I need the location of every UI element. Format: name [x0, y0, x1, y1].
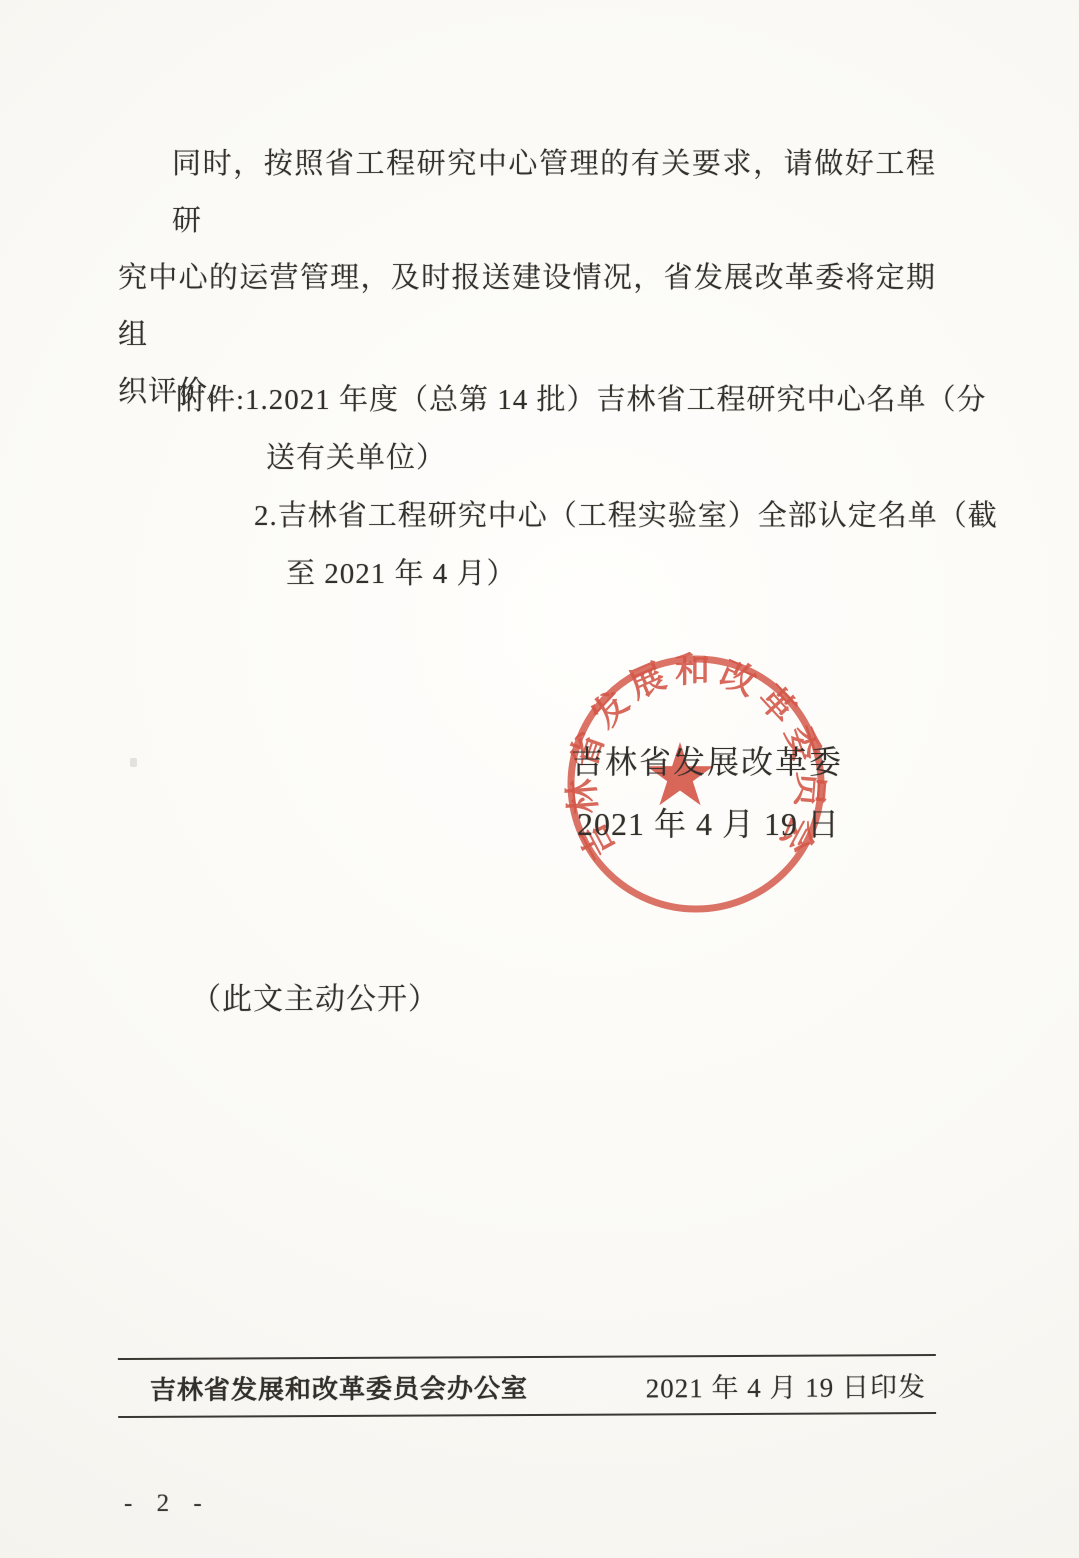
body-paragraph: 同时，按照省工程研究中心管理的有关要求，请做好工程研 究中心的运营管理，及时报送…	[118, 136, 936, 421]
body-line: 同时，按照省工程研究中心管理的有关要求，请做好工程研	[118, 136, 936, 250]
public-disclosure-note: （此文主动公开）	[191, 974, 439, 1018]
document-page: 同时，按照省工程研究中心管理的有关要求，请做好工程研 究中心的运营管理，及时报送…	[0, 0, 1079, 1558]
signature-org: 吉林省发展改革委	[571, 737, 843, 783]
page-number: - 2 -	[124, 1490, 211, 1518]
scan-artifact	[130, 758, 137, 767]
footer: 吉林省发展和改革委员会办公室 2021 年 4 月 19 日印发	[118, 1354, 936, 1418]
signature-date: 2021 年 4 月 19 日	[577, 799, 840, 845]
body-line: 究中心的运营管理，及时报送建设情况，省发展改革委将定期组	[118, 250, 936, 364]
official-seal: 吉林省发展和改革委员会	[560, 648, 832, 920]
attachment-line: 至 2021 年 4 月）	[286, 557, 517, 591]
footer-print-date: 2021 年 4 月 19 日印发	[646, 1365, 926, 1405]
attachment-line: 2.吉林省工程研究中心（工程实验室）全部认定名单（截	[254, 499, 998, 533]
footer-office: 吉林省发展和改革委员会办公室	[150, 1367, 528, 1406]
attachment-line: 附件:1.2021 年度（总第 14 批）吉林省工程研究中心名单（分	[176, 383, 987, 417]
attachment-line: 送有关单位）	[266, 441, 446, 475]
